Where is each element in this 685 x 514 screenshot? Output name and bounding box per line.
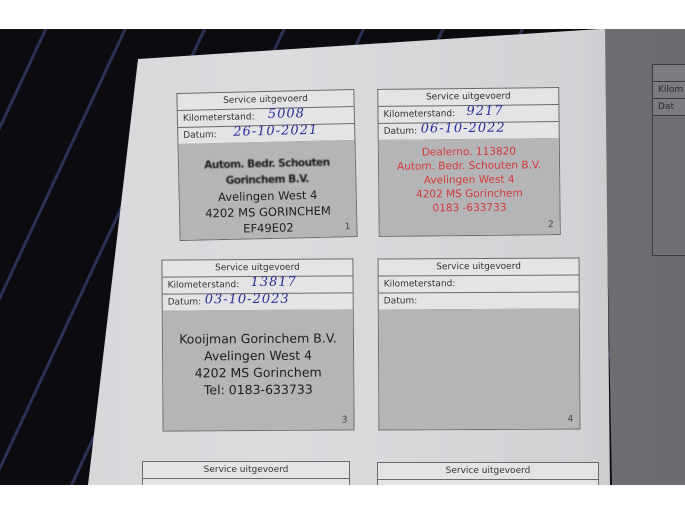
stamp-line: Kooijman Gorinchem B.V. [163, 329, 353, 347]
stamp-line: Autom. Bedr. Schouten B.V. [379, 158, 559, 174]
right-page-card: Kilom Dat [652, 64, 685, 256]
dealer-stamp: Kooijman Gorinchem B.V. Avelingen West 4… [163, 329, 353, 398]
stamp-area: 4 [379, 308, 580, 429]
km-value: 9217 [466, 104, 503, 120]
stamp-line: Autom. Bedr. Schouten Gorinchem B.V. [179, 154, 356, 190]
card-header: Service uitgevoerd [378, 463, 598, 480]
km-value: 5008 [268, 106, 305, 123]
card-number: 2 [548, 220, 554, 230]
stamp-line: 0183 -633733 [379, 200, 559, 216]
date-value: 03-10-2023 [205, 292, 290, 309]
stamp-line: Avelingen West 4 [163, 346, 353, 364]
service-card-3: Service uitgevoerd Kilometerstand:13817 … [161, 258, 354, 431]
date-value: 26-10-2021 [233, 123, 318, 141]
card-number: 1 [345, 222, 351, 232]
card-number: 3 [342, 415, 348, 425]
date-value: 06-10-2022 [421, 121, 506, 138]
date-label: Datum: [384, 127, 418, 137]
service-card-6: Service uitgevoerd [377, 462, 599, 485]
service-card-2: Service uitgevoerd Kilometerstand:9217 D… [377, 87, 561, 237]
date-label: Dat [653, 99, 685, 116]
service-card-1: Service uitgevoerd Kilometerstand:5008 D… [176, 89, 357, 241]
km-row: Kilometerstand: [379, 275, 579, 293]
service-card-5: Service uitgevoerd [142, 461, 350, 485]
stamp-area: Kooijman Gorinchem B.V. Avelingen West 4… [163, 309, 354, 430]
card-header [653, 65, 685, 82]
booklet-photo: Service uitgevoerd Kilometerstand:5008 D… [0, 29, 685, 485]
km-label: Kilometerstand: [383, 109, 455, 120]
stamp-area: Dealerno. 113820 Autom. Bedr. Schouten B… [379, 138, 560, 236]
stamp-line: 4202 MS Gorinchem [163, 363, 353, 381]
km-label: Kilom [653, 82, 685, 99]
card-number: 4 [568, 415, 574, 425]
card-header: Service uitgevoerd [143, 462, 349, 479]
km-label: Kilometerstand: [168, 280, 240, 291]
stamp-area: Autom. Bedr. Schouten Gorinchem B.V. Ave… [179, 140, 357, 240]
date-label: Datum: [183, 130, 217, 141]
date-label: Datum: [168, 297, 202, 307]
card-header: Service uitgevoerd [379, 258, 579, 276]
stamp-line: Tel: 0183-633733 [163, 380, 353, 398]
dealer-stamp: Dealerno. 113820 Autom. Bedr. Schouten B… [379, 144, 560, 216]
date-label: Datum: [384, 296, 418, 306]
km-label: Kilometerstand: [183, 112, 255, 124]
dealer-stamp: Autom. Bedr. Schouten Gorinchem B.V. Ave… [179, 154, 357, 238]
service-card-4: Service uitgevoerd Kilometerstand: Datum… [378, 257, 581, 430]
km-value: 13817 [251, 275, 297, 291]
km-label: Kilometerstand: [384, 279, 456, 289]
